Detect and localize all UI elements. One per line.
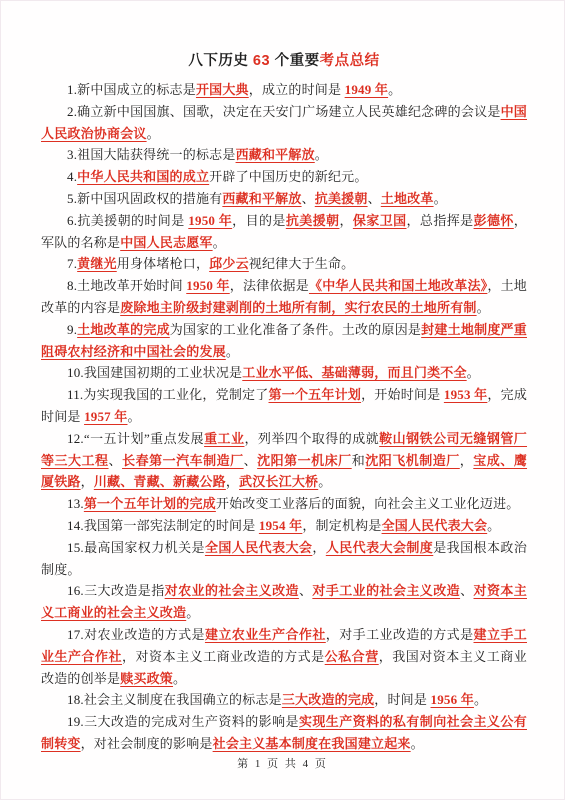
point-paragraph-19: 19.三大改造的完成对生产资料的影响是实现生产资料的私有制向社会主义公有制转变，… — [41, 711, 527, 755]
highlight-segment: 保家卫国 — [353, 213, 407, 228]
page-title: 八下历史 63 个重要考点总结 — [41, 51, 527, 71]
highlight-segment: 中华人民共和国的成立 — [77, 169, 209, 184]
text-segment: 14.我国第一部宪法制定的时间是 — [67, 518, 259, 533]
highlight-segment: 1957 年 — [84, 409, 127, 424]
highlight-segment: 1949 年 — [345, 82, 388, 97]
point-paragraph-8: 8.土地改革开始时间 1950 年，法律依据是《中华人民共和国土地改革法》，土地… — [41, 275, 527, 319]
highlight-segment: 土地改革的完成 — [77, 322, 170, 337]
text-segment: ， — [339, 213, 352, 228]
text-segment: 19.三大改造的完成对生产资料的影响是 — [67, 714, 299, 729]
text-segment: 用身体堵枪口， — [117, 256, 209, 271]
text-segment: 15.最高国家权力机关是 — [67, 540, 205, 555]
highlight-segment: 川藏、青藏、新藏公路 — [94, 474, 226, 489]
text-segment: 开辟了中国历史的新纪元。 — [209, 169, 367, 184]
text-segment: 9. — [67, 322, 77, 337]
highlight-segment: 第一个五年计划的完成 — [84, 496, 216, 511]
text-segment: ，制定机构是 — [302, 518, 381, 533]
point-paragraph-11: 11.为实现我国的工业化，党制定了第一个五年计划，开始时间是 1953 年，完成… — [41, 384, 527, 428]
text-segment: 视纪律大于生命。 — [249, 256, 355, 271]
text-segment: 。 — [477, 300, 490, 315]
text-segment: 11.为实现我国的工业化，党制定了 — [67, 387, 269, 402]
point-paragraph-15: 15.最高国家权力机关是全国人民代表大会，人民代表大会制度是我国根本政治制度。 — [41, 537, 527, 581]
text-segment: 。 — [173, 671, 186, 686]
text-segment: ， — [81, 474, 94, 489]
text-segment: 。 — [147, 126, 160, 141]
highlight-segment: 全国人民代表大会 — [205, 540, 312, 555]
highlight-segment: 邱少云 — [209, 256, 249, 271]
highlight-segment: 重工业 — [204, 431, 244, 446]
text-segment: 。 — [467, 365, 480, 380]
highlight-segment: 社会主义基本制度在我国建立起来 — [213, 736, 411, 751]
highlight-segment: 开国大典 — [196, 82, 249, 97]
text-segment: ，对资本主义工商业改造的方式是 — [122, 649, 325, 664]
text-segment: 。 — [318, 474, 331, 489]
text-segment: 3.祖国大陆获得统一的标志是 — [67, 147, 236, 162]
text-segment: 1.新中国成立的标志是 — [67, 82, 196, 97]
text-segment: 个重要 — [270, 53, 320, 69]
point-paragraph-14: 14.我国第一部宪法制定的时间是 1954 年，制定机构是全国人民代表大会。 — [41, 515, 527, 537]
text-segment: 12.“一五计划”重点发展 — [67, 431, 204, 446]
point-paragraph-7: 7.黄继光用身体堵枪口，邱少云视纪律大于生命。 — [41, 253, 527, 275]
point-paragraph-10: 10.我国建国初期的工业状况是工业水平低、基础薄弱，而且门类不全。 — [41, 362, 527, 384]
text-segment: ，成立的时间是 — [249, 82, 345, 97]
point-paragraph-5: 5.新中国巩固政权的措施有西藏和平解放、抗美援朝、土地改革。 — [41, 188, 527, 210]
text-segment: 和 — [352, 453, 366, 468]
text-segment: 、 — [460, 583, 473, 598]
page-number: 第 1 页 共 4 页 — [237, 758, 328, 770]
text-segment: 、 — [302, 191, 315, 206]
highlight-segment: 对手工业的社会主义改造 — [312, 583, 460, 598]
text-segment: 。 — [213, 235, 226, 250]
text-segment: 。 — [487, 518, 500, 533]
text-segment: ，开始时间是 — [361, 387, 444, 402]
page-footer: 第 1 页 共 4 页 — [1, 755, 564, 771]
text-segment: 开始改变工业落后的面貌，向社会主义工业化迈进。 — [216, 496, 520, 511]
text-segment: ，总指挥是 — [407, 213, 474, 228]
highlight-segment: 1950 年 — [188, 213, 232, 228]
highlight-segment: 中国人民志愿军 — [120, 235, 212, 250]
highlight-segment: 彭德怀 — [474, 213, 514, 228]
highlight-segment: 西藏和平解放 — [222, 191, 301, 206]
document-body: 1.新中国成立的标志是开国大典，成立的时间是 1949 年。2.确立新中国国旗、… — [41, 79, 527, 755]
text-segment: 6.抗美援朝的时间是 — [67, 213, 188, 228]
highlight-segment: 人民代表大会制度 — [326, 540, 433, 555]
text-segment: 。 — [474, 692, 487, 707]
text-segment: 。 — [434, 191, 447, 206]
text-segment: ，对手工业改造的方式是 — [326, 627, 474, 642]
text-segment: 10.我国建国初期的工业状况是 — [67, 365, 242, 380]
text-segment: ， — [312, 540, 325, 555]
highlight-segment: 对农业的社会主义改造 — [165, 583, 299, 598]
text-segment: ，法律依据是 — [230, 278, 309, 293]
highlight-segment: 武汉长江大桥 — [239, 474, 318, 489]
point-paragraph-4: 4.中华人民共和国的成立开辟了中国历史的新纪元。 — [41, 166, 527, 188]
highlight-segment: 建立农业生产合作社 — [205, 627, 326, 642]
text-segment: ，列举四个取得的成就 — [244, 431, 379, 446]
highlight-segment: 1950 年 — [186, 278, 229, 293]
highlight-segment: 黄继光 — [77, 256, 117, 271]
text-segment: ， — [460, 453, 474, 468]
text-segment: 、 — [109, 453, 123, 468]
text-segment: 2.确立新中国国旗、国歌，决定在天安门广场建立人民英雄纪念碑的会议是 — [67, 104, 501, 119]
text-segment: 。 — [128, 409, 141, 424]
highlight-segment: 沈阳飞机制造厂 — [365, 453, 460, 468]
text-segment: 、 — [368, 191, 381, 206]
highlight-segment: 公私合营 — [325, 649, 379, 664]
text-segment: 5.新中国巩固政权的措施有 — [67, 191, 222, 206]
text-segment: ，目的是 — [232, 213, 286, 228]
text-segment: 7. — [67, 256, 77, 271]
text-segment: 。 — [388, 82, 401, 97]
point-paragraph-12: 12.“一五计划”重点发展重工业，列举四个取得的成就鞍山钢铁公司无缝钢管厂等三大… — [41, 428, 527, 493]
text-segment: ，时间是 — [374, 692, 430, 707]
point-paragraph-13: 13.第一个五年计划的完成开始改变工业落后的面貌，向社会主义工业化迈进。 — [41, 493, 527, 515]
highlight-segment: 赎买政策 — [120, 671, 173, 686]
text-segment: 。 — [226, 344, 239, 359]
highlight-segment: 《中华人民共和国土地改革法》 — [309, 278, 487, 293]
point-paragraph-17: 17.对农业改造的方式是建立农业生产合作社，对手工业改造的方式是建立手工业生产合… — [41, 624, 527, 689]
text-segment: 。 — [315, 147, 328, 162]
highlight-segment: 废除地主阶级封建剥削的土地所有制，实行农民的土地所有制 — [120, 300, 476, 315]
highlight-segment: 1954 年 — [259, 518, 302, 533]
highlight-segment: 长春第一汽车制造厂 — [122, 453, 244, 468]
text-segment: ，对社会制度的影响是 — [81, 736, 213, 751]
point-paragraph-1: 1.新中国成立的标志是开国大典，成立的时间是 1949 年。 — [41, 79, 527, 101]
highlight-segment: 三大改造的完成 — [282, 692, 374, 707]
highlight-segment: 西藏和平解放 — [236, 147, 315, 162]
highlight-segment: 考点总结 — [320, 53, 380, 69]
text-segment: 16.三大改造是指 — [67, 583, 165, 598]
text-segment: 、 — [244, 453, 258, 468]
point-paragraph-9: 9.土地改革的完成为国家的工业化准备了条件。土改的原因是封建土地制度严重阻碍农村… — [41, 319, 527, 363]
document-page: 八下历史 63 个重要考点总结 1.新中国成立的标志是开国大典，成立的时间是 1… — [0, 0, 565, 800]
text-segment: 4. — [67, 169, 77, 184]
text-segment: 为国家的工业化准备了条件。土改的原因是 — [170, 322, 421, 337]
text-segment: 13. — [67, 496, 84, 511]
highlight-segment: 第一个五年计划 — [269, 387, 362, 402]
point-paragraph-18: 18.社会主义制度在我国确立的标志是三大改造的完成，时间是 1956 年。 — [41, 689, 527, 711]
point-paragraph-6: 6.抗美援朝的时间是 1950 年，目的是抗美援朝，保家卫国，总指挥是彭德怀，军… — [41, 210, 527, 254]
text-segment: 8.土地改革开始时间 — [67, 278, 186, 293]
text-segment: 。 — [186, 605, 199, 620]
point-paragraph-16: 16.三大改造是指对农业的社会主义改造、对手工业的社会主义改造、对资本主义工商业… — [41, 580, 527, 624]
text-segment: 18.社会主义制度在我国确立的标志是 — [67, 692, 282, 707]
point-paragraph-2: 2.确立新中国国旗、国歌，决定在天安门广场建立人民英雄纪念碑的会议是中国人民政治… — [41, 101, 527, 145]
highlight-segment: 土地改革 — [381, 191, 434, 206]
highlight-segment: 1956 年 — [431, 692, 474, 707]
text-segment: 。 — [411, 736, 424, 751]
text-segment: 、 — [299, 583, 312, 598]
text-segment: ， — [226, 474, 239, 489]
highlight-segment: 工业水平低、基础薄弱，而且门类不全 — [242, 365, 466, 380]
highlight-segment: 全国人民代表大会 — [382, 518, 488, 533]
highlight-segment: 沈阳第一机床厂 — [257, 453, 352, 468]
text-segment: 八下历史 — [188, 53, 253, 69]
text-segment: 17.对农业改造的方式是 — [67, 627, 205, 642]
highlight-segment: 抗美援朝 — [315, 191, 368, 206]
highlight-segment: 63 — [253, 53, 270, 69]
point-paragraph-3: 3.祖国大陆获得统一的标志是西藏和平解放。 — [41, 144, 527, 166]
highlight-segment: 抗美援朝 — [286, 213, 340, 228]
highlight-segment: 1953 年 — [444, 387, 488, 402]
